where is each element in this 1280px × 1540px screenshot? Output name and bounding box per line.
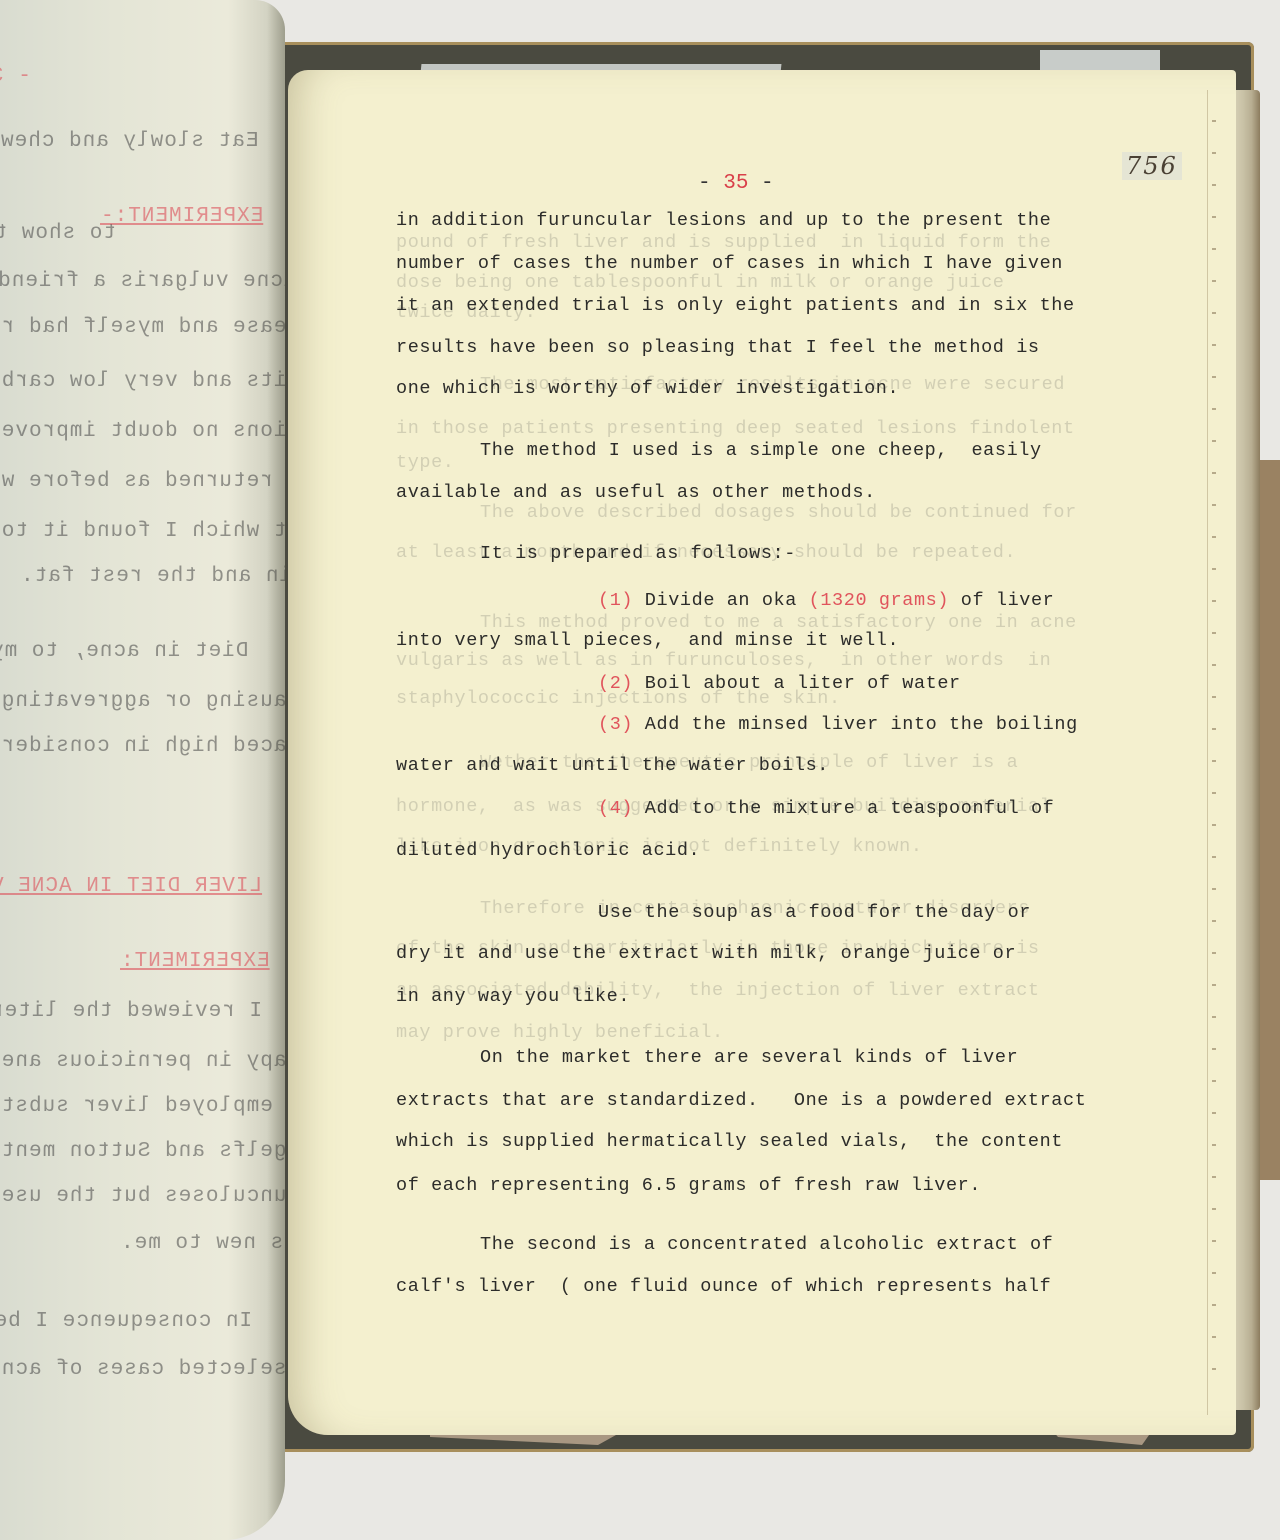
bleed-line: pound of fresh liver and is supplied in … xyxy=(396,232,1051,253)
step-highlight: (1320 grams) xyxy=(809,590,949,611)
step-text: of liver xyxy=(949,590,1054,611)
text-line: extracts that are standardized. One is a… xyxy=(396,1090,1086,1111)
left-heading: LIVER DIET IN ACNE V xyxy=(0,875,262,898)
text-line: water and wait until the water boils. xyxy=(396,755,829,776)
text-line: The method I used is a simple one cheep,… xyxy=(480,440,1042,461)
step-2: (2) Boil about a liter of water xyxy=(598,673,961,694)
step-1: (1) Divide an oka (1320 grams) of liver xyxy=(598,590,1054,611)
text-line: The second is a concentrated alcoholic e… xyxy=(480,1234,1053,1255)
left-line: had employed liver substanc xyxy=(0,1095,285,1118)
step-text: Boil about a liter of water xyxy=(633,673,961,694)
step-4: (4) Add to the mixture a teaspoonful of xyxy=(598,798,1054,819)
left-page-number: - 3 xyxy=(0,65,31,88)
text-line: dry it and use the extract with milk, or… xyxy=(396,943,1016,964)
text-line: results have been so pleasing that I fee… xyxy=(396,337,1040,358)
step-marker: (1) xyxy=(598,590,633,611)
left-line: fruits and very low carbohy xyxy=(0,370,285,393)
bleed-line: dose being one tablespoonful in milk or … xyxy=(396,272,1005,293)
text-line: Use the soup as a food for the day or xyxy=(598,902,1031,923)
left-line: disease and myself had rest xyxy=(0,316,285,339)
step-marker: (2) xyxy=(598,673,633,694)
text-line: available and as useful as other methods… xyxy=(396,482,876,503)
step-text: Divide an oka xyxy=(633,590,809,611)
step-text: Add to the mixture a teaspoonful of xyxy=(633,798,1054,819)
left-page: - 3 Eat slowly and chew EXPERIMENT:- to … xyxy=(0,0,285,1540)
bleed-line: vulgaris as well as in furunculoses, in … xyxy=(396,650,1051,671)
left-line: acne vulgaris a friend a xyxy=(0,270,285,293)
text-line: number of cases the number of cases in w… xyxy=(396,253,1063,274)
left-line: furunculoses but the use of xyxy=(0,1185,285,1208)
bleed-line: may prove highly beneficial. xyxy=(396,1022,724,1043)
page-number-value: 35 xyxy=(723,172,748,195)
text-line: in any way you like. xyxy=(396,986,630,1007)
step-marker: (4) xyxy=(598,798,633,819)
text-line: it an extended trial is only eight patie… xyxy=(396,295,1075,316)
left-line: was new to me. xyxy=(120,1232,285,1255)
text-line: diluted hydrochloric acid. xyxy=(396,840,700,861)
left-line: therapy in pernicious anemia xyxy=(0,1050,285,1073)
left-line: diet which I found it to be xyxy=(0,520,285,543)
left-line: Diet in acne, to my xyxy=(0,640,248,663)
left-line: to show th xyxy=(0,222,116,245)
left-line: lesions no doubt improved v xyxy=(0,420,285,443)
spine-shade xyxy=(267,0,285,1540)
step-3: (3) Add the minsed liver into the boilin… xyxy=(598,714,1078,735)
left-line: I reviewed the liter xyxy=(0,1000,262,1023)
left-line: Eat slowly and chew xyxy=(0,130,258,153)
left-line: causing or aggrevating th xyxy=(0,690,285,713)
text-line: one which is worthy of wider investigati… xyxy=(396,378,899,399)
text-line: which is supplied hermatically sealed vi… xyxy=(396,1131,1063,1152)
text-line: On the market there are several kinds of… xyxy=(480,1047,1018,1068)
left-heading: EXPERIMENT: xyxy=(120,950,270,973)
left-line: protein and the rest fat. xyxy=(20,565,285,588)
step-marker: (3) xyxy=(598,714,633,735)
page-stack-edge xyxy=(1232,90,1260,1410)
handwritten-folio-number: 756 xyxy=(1122,152,1182,180)
binding-pinholes xyxy=(1212,120,1216,1380)
text-line: It is prepared as follows:- xyxy=(480,543,796,564)
left-line: and returned as before when xyxy=(0,470,285,493)
page-number: - 35 - xyxy=(698,172,774,195)
left-line: In consequence I beg xyxy=(0,1310,252,1333)
text-line: in addition furuncular lesions and up to… xyxy=(396,210,1051,231)
text-line: into very small pieces, and minse it wel… xyxy=(396,630,899,651)
bleed-line: in those patients presenting deep seated… xyxy=(396,418,1075,439)
left-line: selected cases of acne v xyxy=(0,1358,285,1381)
text-line: calf's liver ( one fluid ounce of which … xyxy=(396,1276,1051,1297)
bleed-line: The above described dosages should be co… xyxy=(480,502,1077,523)
page-number-suffix: - xyxy=(748,172,773,195)
left-heading: EXPERIMENT:- xyxy=(100,205,263,228)
page-number-prefix: - xyxy=(698,172,723,195)
text-line: of each representing 6.5 grams of fresh … xyxy=(396,1175,981,1196)
step-text: Add the minsed liver into the boiling xyxy=(633,714,1078,735)
left-line: Engelfs and Sutton mention xyxy=(0,1140,285,1163)
bleed-line: type. xyxy=(396,452,455,473)
left-line: placed high in considering xyxy=(0,735,285,758)
